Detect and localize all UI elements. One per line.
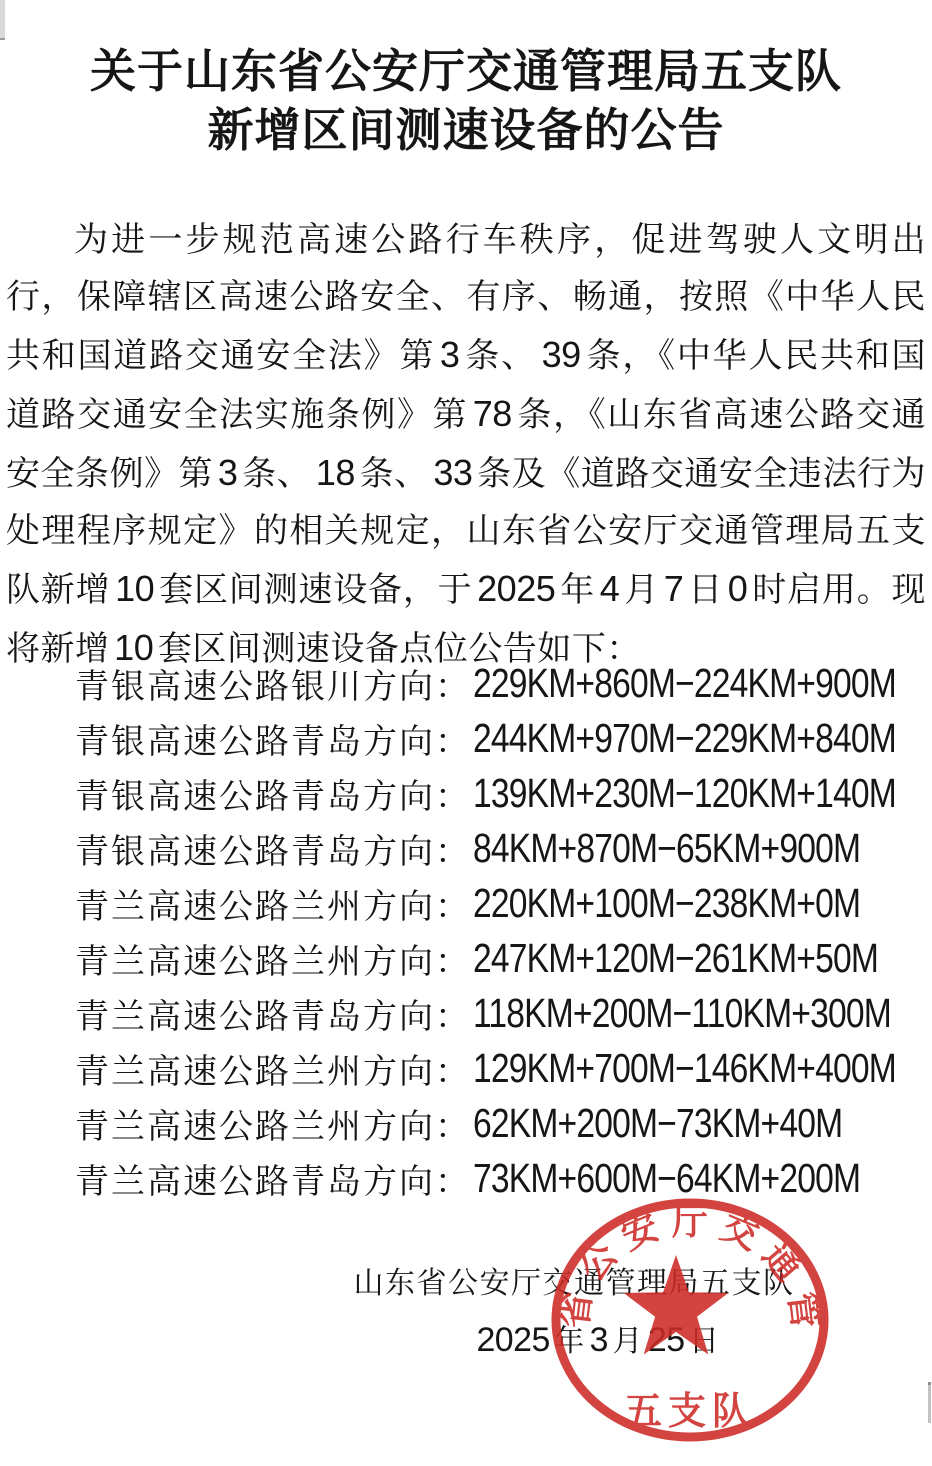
location-label: 青兰高速公路兰州方向： xyxy=(75,1044,471,1093)
seal-bottom-text: 五支队 xyxy=(624,1391,756,1433)
list-item: 青兰高速公路青岛方向：118KM+200M−110KM+300M xyxy=(75,986,932,1041)
title-line-1: 关于山东省公安厅交通管理局五支队 xyxy=(0,42,932,101)
list-item: 青兰高速公路兰州方向：247KM+120M−261KM+50M xyxy=(75,931,932,986)
location-range: 247KM+120M−261KM+50M xyxy=(473,935,878,982)
list-item: 青银高速公路青岛方向：139KM+230M−120KM+140M xyxy=(75,766,932,821)
seal-star-icon xyxy=(624,1255,729,1355)
speed-device-location-list: 青银高速公路银川方向：229KM+860M−224KM+900M 青银高速公路青… xyxy=(75,656,932,1206)
document-body-paragraph: 为进一步规范高速公路行车秩序，促进驾驶人文明出行，保障辖区高速公路安全、有序、畅… xyxy=(6,212,926,678)
document-title: 关于山东省公安厅交通管理局五支队 新增区间测速设备的公告 xyxy=(0,42,932,160)
location-label: 青兰高速公路兰州方向： xyxy=(75,934,471,983)
location-label: 青兰高速公路兰州方向： xyxy=(75,1099,471,1148)
location-label: 青银高速公路青岛方向： xyxy=(75,769,471,818)
scrollbar-artifact-right xyxy=(928,1382,931,1423)
location-range: 118KM+200M−110KM+300M xyxy=(473,990,891,1037)
location-label: 青银高速公路青岛方向： xyxy=(75,714,471,763)
list-item: 青兰高速公路兰州方向：129KM+700M−146KM+400M xyxy=(75,1041,932,1096)
scrollbar-artifact-top-left xyxy=(0,0,5,40)
list-item: 青银高速公路青岛方向：84KM+870M−65KM+900M xyxy=(75,821,932,876)
location-range: 139KM+230M−120KM+140M xyxy=(473,770,896,817)
list-item: 青银高速公路青岛方向：244KM+970M−229KM+840M xyxy=(75,711,932,766)
location-range: 73KM+600M−64KM+200M xyxy=(473,1155,860,1202)
location-range: 129KM+700M−146KM+400M xyxy=(473,1045,896,1092)
location-range: 84KM+870M−65KM+900M xyxy=(473,825,860,872)
location-label: 青兰高速公路兰州方向： xyxy=(75,879,471,928)
location-label: 青银高速公路银川方向： xyxy=(75,659,471,708)
location-range: 244KM+970M−229KM+840M xyxy=(473,715,896,762)
announcement-document: 关于山东省公安厅交通管理局五支队 新增区间测速设备的公告 为进一步规范高速公路行… xyxy=(0,0,932,1466)
list-item: 青兰高速公路兰州方向：62KM+200M−73KM+40M xyxy=(75,1096,932,1151)
location-label: 青兰高速公路青岛方向： xyxy=(75,989,471,1038)
list-item: 青银高速公路银川方向：229KM+860M−224KM+900M xyxy=(75,656,932,711)
location-range: 220KM+100M−238KM+0M xyxy=(473,880,860,927)
official-seal: 山东省公安厅交通管理局 五支队 xyxy=(548,1196,838,1448)
location-range: 229KM+860M−224KM+900M xyxy=(473,660,896,707)
location-label: 青兰高速公路青岛方向： xyxy=(75,1154,471,1203)
location-label: 青银高速公路青岛方向： xyxy=(75,824,471,873)
location-range: 62KM+200M−73KM+40M xyxy=(473,1100,842,1147)
list-item: 青兰高速公路兰州方向：220KM+100M−238KM+0M xyxy=(75,876,932,931)
title-line-2: 新增区间测速设备的公告 xyxy=(0,101,932,160)
